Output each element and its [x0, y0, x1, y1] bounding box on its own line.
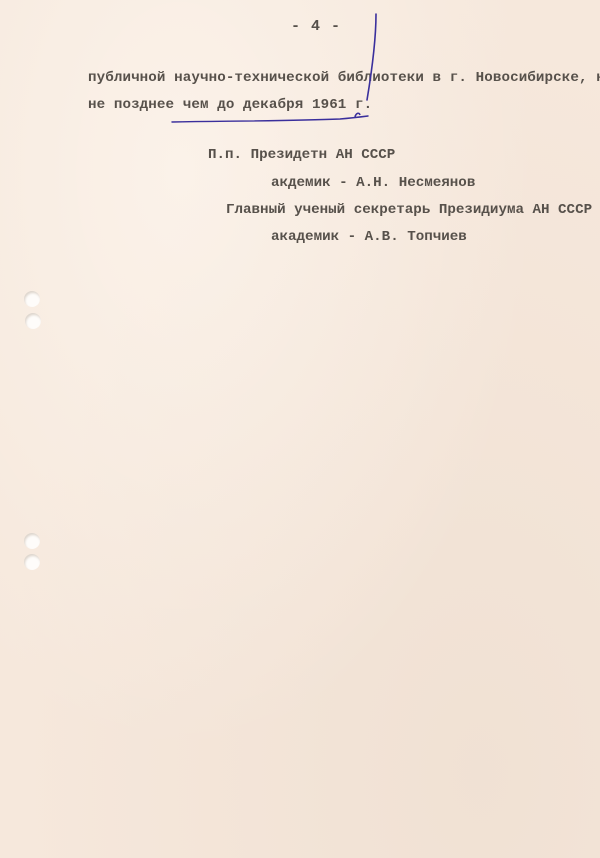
underline-pen-stroke [172, 116, 368, 122]
punch-hole [24, 533, 40, 549]
signature-title-secretary: Главный ученый секретарь Президиума АН С… [226, 202, 592, 218]
punch-hole [25, 313, 41, 329]
punch-hole [24, 554, 40, 570]
pen-annotations [0, 0, 600, 858]
body-text-line: не позднее чем до декабря 1961 г. [88, 97, 372, 113]
signature-name-nesmeyanov: акдемик - А.Н. Несмеянов [271, 175, 475, 191]
signature-name-topchiev: академик - А.В. Топчиев [271, 229, 467, 245]
body-text-line: публичной научно-технической библиотеки … [88, 70, 600, 86]
page-number: - 4 - [291, 18, 341, 35]
signature-title-president: П.п. Президетн АН СССР [208, 147, 395, 163]
vertical-pen-stroke [367, 14, 376, 100]
punch-hole [24, 291, 40, 307]
